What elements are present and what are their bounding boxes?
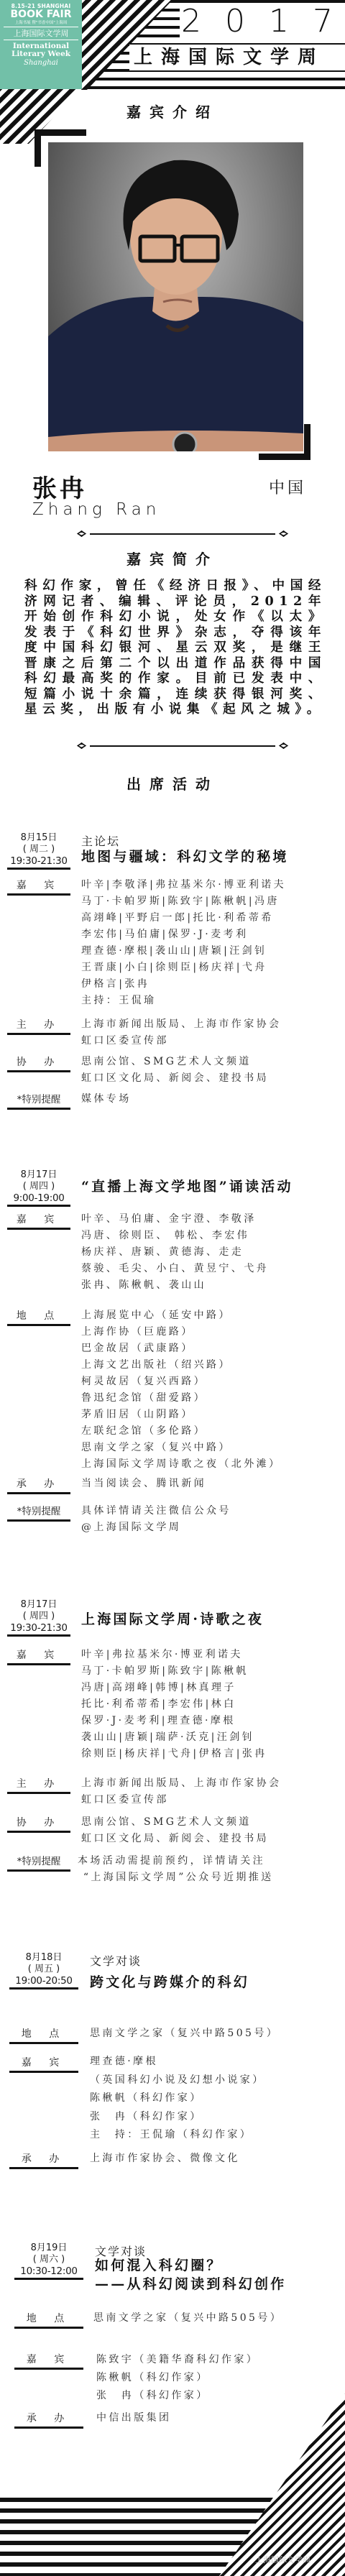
row-label: *特别提醒 (7, 1094, 70, 1110)
row-label: 嘉 宾 (7, 1650, 70, 1665)
event-poster-page: 2017 上海国际文学周 8.15-21 SHANGHAI BOOK FAIR … (0, 0, 345, 2576)
activities-heading: 出席活动 (0, 773, 345, 793)
row-value: 媒体专场 (81, 1091, 132, 1108)
event-date: 8月18日 (9, 1952, 78, 1964)
row-value: 思南公馆、SMG艺术人文频道 虹口区文化局、新阅会、建投书局 (81, 1814, 269, 1847)
event-datetime: 8月18日 ( 周五 ) 19:00-20:50 (9, 1952, 78, 1989)
diamond-icon (77, 530, 86, 537)
event-datetime: 8月17日 ( 周四 ) 9:00-19:00 (7, 1169, 70, 1207)
logo-script: Shanghai (0, 58, 82, 68)
event-time: 19:30-21:30 (7, 855, 70, 870)
event-weekday: ( 周二 ) (7, 844, 70, 855)
row-label: 地 点 (9, 2028, 78, 2044)
event-time: 19:30-21:30 (7, 1622, 70, 1637)
row-label: 承 办 (9, 2153, 78, 2169)
book-fair-logo: 8.15-21 SHANGHAI BOOK FAIR 上海书展 暨"书香中国"上… (0, 0, 82, 89)
row-label: 承 办 (14, 2413, 83, 2429)
guest-portrait (48, 142, 303, 451)
guest-intro-heading: 嘉宾介绍 (0, 101, 345, 121)
row-value: 理查德·摩根 （英国科幻小说及幻想小说家） 陈楸帆（科幻作家） 张 冉（科幻作家… (90, 2053, 265, 2145)
event-category: 文学对谈 (90, 1952, 142, 1969)
row-value: 上海市新闻出版局、上海市作家协会 虹口区委宣传部 (81, 1775, 281, 1808)
row-value: 叶辛|李敬泽|弗拉基米尔·博亚利诺夫 马丁·卡帕罗斯|陈致宇|陈楸帆|冯唐 高翊… (81, 877, 286, 1009)
event-date: 8月17日 (7, 1169, 70, 1181)
row-value: 本场活动需提前预约，详情请关注 “上海国际文学周”公众号近期推送 (78, 1853, 274, 1886)
poster-header: 2017 上海国际文学周 8.15-21 SHANGHAI BOOK FAIR … (0, 0, 345, 144)
logo-en-2: Literary Week (0, 50, 82, 58)
event-title: “直播上海文学地图”诵读活动 (81, 1178, 293, 1196)
row-value: 上海展览中心（延安中路） 上海作协（巨鹿路） 巴金故居（武康路） 上海文艺出版社… (81, 1307, 281, 1473)
event-date: 8月17日 (7, 1599, 70, 1611)
event-datetime: 8月17日 ( 周四 ) 19:30-21:30 (7, 1599, 70, 1637)
row-label: 主 办 (7, 1778, 70, 1794)
bio-heading: 嘉宾简介 (0, 548, 345, 569)
event-title: 如何混入科幻圈？ (95, 2257, 223, 2275)
row-value: 上海市新闻出版局、上海市作家协会 虹口区委宣传部 (81, 1016, 281, 1049)
row-label: *特别提醒 (7, 1506, 70, 1522)
event-title: 跨文化与跨媒介的科幻 (90, 1974, 249, 1992)
portrait-illustration (48, 142, 303, 451)
row-value: 上海市作家协会、微像文化 (90, 2150, 240, 2167)
guest-name-en: Zhang Ran (32, 500, 160, 519)
event-subtitle: ——从科幻阅读到科幻创作 (95, 2276, 286, 2294)
guest-name-cn: 张冉 (32, 469, 87, 504)
row-value: 叶辛、马伯庸、金宇澄、李敬泽 冯唐、徐则臣、 韩松、李宏伟 杨庆祥、唐颖、黄德海… (81, 1211, 269, 1294)
row-label: 嘉 宾 (7, 880, 70, 896)
festival-year: 2017 (181, 4, 325, 39)
logo-book-fair: BOOK FAIR (0, 9, 82, 19)
event-weekday: ( 周四 ) (7, 1611, 70, 1622)
account-watermark: 上海国际文学周 (255, 2554, 310, 2565)
event-date: 8月19日 (14, 2242, 83, 2254)
diamond-icon (77, 742, 86, 749)
row-label: 主 办 (7, 1019, 70, 1035)
event-weekday: ( 周五 ) (9, 1964, 78, 1975)
guest-country: 中国 (269, 476, 306, 498)
event-time: 9:00-19:00 (7, 1192, 70, 1207)
logo-cn-title: 上海国际文学周 (4, 27, 78, 40)
event-time: 10:30-12:00 (14, 2265, 83, 2280)
row-value: 具体详情请关注微信公众号 @上海国际文学周 (81, 1503, 231, 1536)
row-value: 思南文学之家（复兴中路505号） (90, 2025, 279, 2042)
row-value: 陈致宇（美籍华裔科幻作家） 陈楸帆（科幻作家） 张 冉（科幻作家） (96, 2351, 259, 2405)
event-title: 地图与疆域：科幻文学的秘境 (81, 848, 289, 866)
row-label: 协 办 (7, 1057, 70, 1072)
row-value: 中信出版集团 (96, 2410, 171, 2426)
event-title: 上海国际文学周·诗歌之夜 (81, 1611, 264, 1629)
row-value: 思南文学之家（复兴中路505号） (93, 2310, 282, 2327)
ornamental-divider (77, 530, 288, 538)
event-datetime: 8月15日 ( 周二 ) 19:30-21:30 (7, 832, 70, 870)
logo-subtitle: 上海书展 暨"书香中国"上海周 (4, 19, 78, 27)
row-value: 当当阅读会、腾讯新闻 (81, 1476, 206, 1492)
frame-corner-bottom-right (259, 424, 310, 460)
guest-bio: 科幻作家，曾任《经济日报》、中国经济网记者、编辑、评论员，2012年开始创作科幻… (24, 578, 326, 717)
row-label: 地 点 (7, 1310, 70, 1326)
row-value: 叶辛|弗拉基米尔·博亚利诺夫 马丁·卡帕罗斯|陈致宇|陈楸帆 冯唐|高翊峰|韩博… (81, 1647, 267, 1762)
row-label: *特别提醒 (7, 1856, 70, 1872)
event-category: 主论坛 (81, 832, 120, 849)
event-weekday: ( 周六 ) (14, 2254, 83, 2265)
event-weekday: ( 周四 ) (7, 1181, 70, 1192)
row-label: 嘉 宾 (9, 2057, 78, 2073)
event-date: 8月15日 (7, 832, 70, 844)
row-label: 承 办 (7, 1478, 70, 1494)
event-datetime: 8月19日 ( 周六 ) 10:30-12:00 (14, 2242, 83, 2280)
row-label: 嘉 宾 (7, 1214, 70, 1230)
event-time: 19:00-20:50 (9, 1975, 78, 1989)
row-value: 思南公馆、SMG艺术人文频道 虹口区文化局、新阅会、建投书局 (81, 1054, 269, 1087)
diamond-icon (279, 530, 288, 537)
row-label: 嘉 宾 (14, 2354, 83, 2370)
row-label: 地 点 (14, 2313, 83, 2329)
row-label: 协 办 (7, 1817, 70, 1833)
festival-title: 上海国际文学周 (134, 45, 325, 70)
diamond-icon (279, 742, 288, 749)
ornamental-divider (77, 742, 288, 750)
